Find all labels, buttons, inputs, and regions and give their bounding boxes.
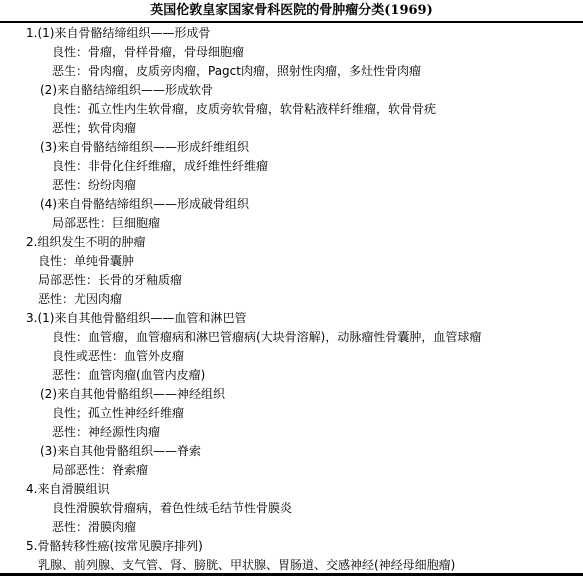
list-line: 良性或恶性：血管外皮瘤 <box>0 347 583 366</box>
list-line: 良性：孤立性内生软骨瘤，皮质旁软骨瘤，软骨粘液样纤维瘤，软骨骨疣 <box>0 100 583 119</box>
list-line: 恶性：纷纷肉瘤 <box>0 176 583 195</box>
list-line: 恶性：神经源性肉瘤 <box>0 423 583 442</box>
list-line: 良性：非骨化住纤维瘤，成纤维性纤维瘤 <box>0 157 583 176</box>
list-line: 良性：单纯骨囊肿 <box>0 252 583 271</box>
list-line: 恶性：滑膜肉瘤 <box>0 518 583 537</box>
list-line: 5.骨骼转移性癌(按常见膜序排列) <box>0 537 583 556</box>
list-line: (3)来自其他骨骼组织——脊索 <box>0 442 583 461</box>
list-line: (3)来自骨骼结缔组织——形成纤维组织 <box>0 138 583 157</box>
list-line: 1.(1)来自骨骼结缔组织——形成骨 <box>0 24 583 43</box>
list-line: 良性：血管瘤，血管瘤病和淋巴管瘤病(大块骨溶解)，动脉瘤性骨囊肿，血管球瘤 <box>0 328 583 347</box>
list-line: 局部恶性：脊索瘤 <box>0 461 583 480</box>
list-line: 2.组织发生不明的肿瘤 <box>0 233 583 252</box>
list-line: (4)来自骨骼结缔组织——形成破骨组织 <box>0 195 583 214</box>
list-line: 良性；孤立性神经纤维瘤 <box>0 404 583 423</box>
list-line: 3.(1)来自其他骨骼组织——血管和淋巴管 <box>0 309 583 328</box>
list-line: 恶性：血管肉瘤(血管内皮瘤) <box>0 366 583 385</box>
list-line: 良性滑膜软骨瘤病，着色性绒毛结节性骨膜炎 <box>0 499 583 518</box>
list-line: (2)来自骼结缔组织——形成软骨 <box>0 81 583 100</box>
list-line: 恶性；软骨肉瘤 <box>0 119 583 138</box>
list-line: 恶性：尤因肉瘤 <box>0 290 583 309</box>
document-title: 英国伦敦皇家国家骨科医院的骨肿瘤分类(1969) <box>0 2 583 20</box>
list-line: 局部恶性：巨细胞瘤 <box>0 214 583 233</box>
top-rule <box>0 21 583 23</box>
list-line: 4.来自滑膜组识 <box>0 480 583 499</box>
list-line: 良性：骨瘤，骨样骨瘤，骨母细胞瘤 <box>0 43 583 62</box>
list-line: 恶生：骨肉瘤，皮质旁肉瘤，Pagct肉瘤，照射性肉瘤，多灶性骨肉瘤 <box>0 62 583 81</box>
classification-list: 1.(1)来自骨骼结缔组织——形成骨 良性：骨瘤，骨样骨瘤，骨母细胞瘤 恶生：骨… <box>0 24 583 575</box>
list-line: (2)来自其他骨骼组织——神经组织 <box>0 385 583 404</box>
list-line: 局部恶性：长骨的牙釉质瘤 <box>0 271 583 290</box>
